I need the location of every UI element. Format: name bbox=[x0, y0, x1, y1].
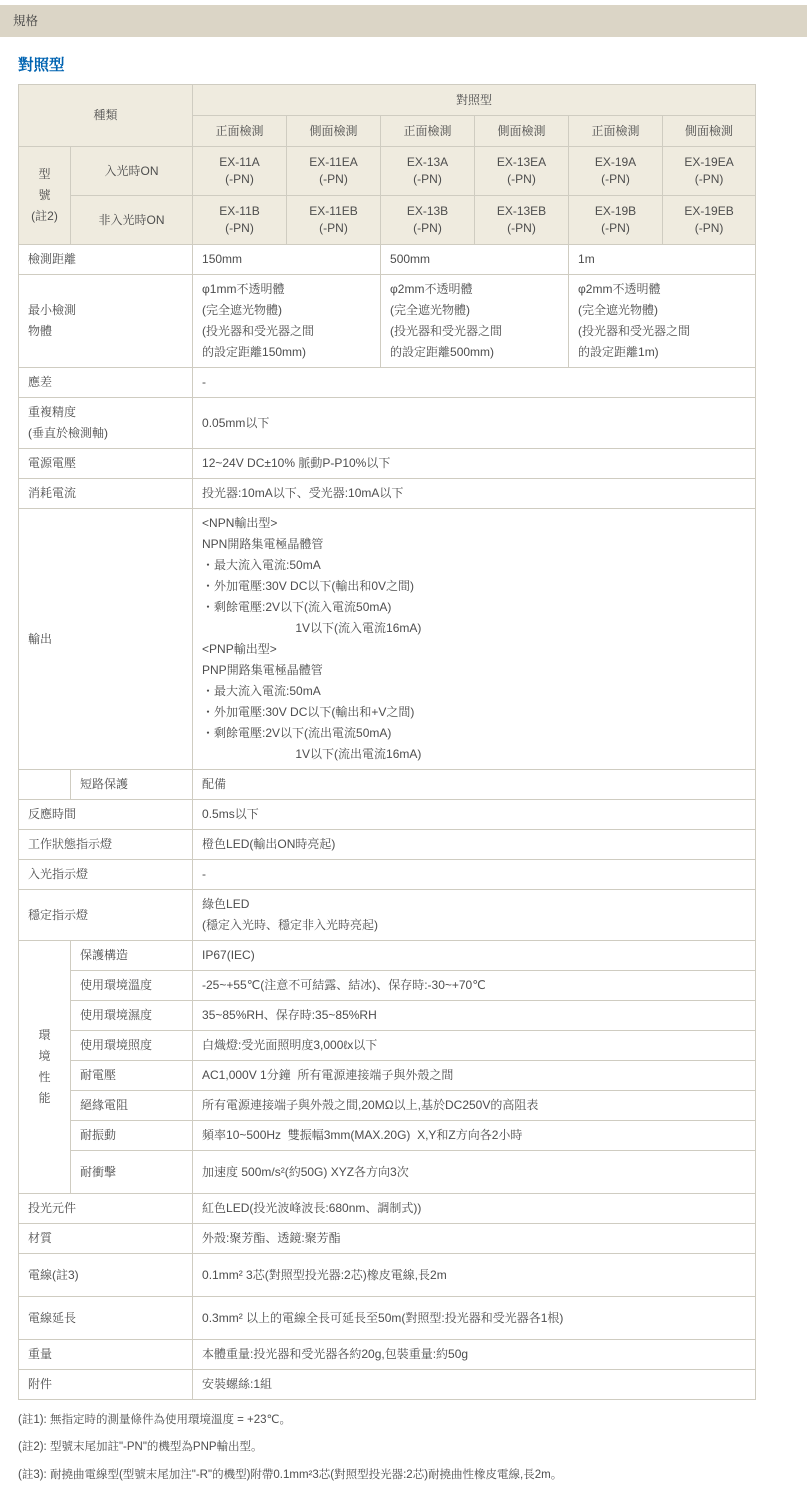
model-number: EX-19A bbox=[578, 154, 653, 171]
model-row-light-on: 型 號 (註2) 入光時ON EX-11A(-PN) EX-11EA(-PN) … bbox=[19, 147, 756, 196]
spec-row-env-temperature: 使用環境溫度 -25~+55℃(注意不可結露、結冰)、保存時:-30~+70℃ bbox=[19, 971, 756, 1001]
header-detect-cell: 正面檢測 bbox=[193, 116, 287, 147]
spec-label-response-time: 反應時間 bbox=[19, 800, 193, 830]
spec-label-cable-extension: 電線延長 bbox=[19, 1297, 193, 1340]
spec-label-protection: 保護構造 bbox=[71, 941, 193, 971]
spec-label-output: 輸出 bbox=[19, 509, 193, 770]
spec-row-response-time: 反應時間 0.5ms以下 bbox=[19, 800, 756, 830]
spec-row-short-circuit: 短路保護 配備 bbox=[19, 770, 756, 800]
spec-label-sensing-range: 檢測距離 bbox=[19, 245, 193, 275]
header-detect-cell: 側面檢測 bbox=[475, 116, 569, 147]
spec-spacer-cell bbox=[19, 770, 71, 800]
model-condition-label: 非入光時ON bbox=[71, 196, 193, 245]
spec-row-emitting-element: 投光元件 紅色LED(投光波峰波長:680nm、調制式)) bbox=[19, 1194, 756, 1224]
model-row-dark-on: 非入光時ON EX-11B(-PN) EX-11EB(-PN) EX-13B(-… bbox=[19, 196, 756, 245]
spec-row-env-illuminance: 使用環境照度 白熾燈:受光面照明度3,000ℓx以下 bbox=[19, 1031, 756, 1061]
spec-row-env-protection: 環 境 性 能 保護構造 IP67(IEC) bbox=[19, 941, 756, 971]
spec-row-cable-extension: 電線延長 0.3mm² 以上的電線全長可延長至50m(對照型:投光器和受光器各1… bbox=[19, 1297, 756, 1340]
page-title: 對照型 bbox=[18, 53, 807, 75]
spec-label-repeatability: 重複精度 (垂直於檢測軸) bbox=[19, 398, 193, 449]
spec-row-accessory: 附件 安裝螺絲:1組 bbox=[19, 1370, 756, 1400]
spec-value-vibration-resistance: 頻率10~500Hz 雙振幅3mm(MAX.20G) X,Y和Z方向各2小時 bbox=[193, 1121, 756, 1151]
model-cell: EX-11EB(-PN) bbox=[287, 196, 381, 245]
spec-row-output: 輸出 <NPN輸出型> NPN開路集電極晶體管 ・最大流入電流:50mA ・外加… bbox=[19, 509, 756, 770]
spec-label-short-circuit: 短路保護 bbox=[71, 770, 193, 800]
header-row-group: 種類 對照型 bbox=[19, 85, 756, 116]
header-detect-cell: 正面檢測 bbox=[381, 116, 475, 147]
spec-row-env-shock: 耐衝擊 加速度 500m/s²(約50G) XYZ各方向3次 bbox=[19, 1151, 756, 1194]
spec-label-insulation-resistance: 絕緣電阻 bbox=[71, 1091, 193, 1121]
model-cell: EX-13EA(-PN) bbox=[475, 147, 569, 196]
spec-row-repeatability: 重複精度 (垂直於檢測軸) 0.05mm以下 bbox=[19, 398, 756, 449]
note-line: (註2): 型號末尾加註"-PN"的機型為PNP輸出型。 bbox=[18, 1439, 807, 1456]
model-cell: EX-19A(-PN) bbox=[569, 147, 663, 196]
spec-value-cable-extension: 0.3mm² 以上的電線全長可延長至50m(對照型:投光器和受光器各1根) bbox=[193, 1297, 756, 1340]
spec-row-cable: 電線(註3) 0.1mm² 3芯(對照型投光器:2芯)橡皮電線,長2m bbox=[19, 1254, 756, 1297]
model-cell: EX-19EA(-PN) bbox=[663, 147, 756, 196]
model-cell: EX-13B(-PN) bbox=[381, 196, 475, 245]
spec-label-hysteresis: 應差 bbox=[19, 368, 193, 398]
header-kind-cell: 種類 bbox=[19, 85, 193, 147]
model-cell: EX-13EB(-PN) bbox=[475, 196, 569, 245]
model-cell: EX-11A(-PN) bbox=[193, 147, 287, 196]
model-cell: EX-13A(-PN) bbox=[381, 147, 475, 196]
model-cell: EX-11EA(-PN) bbox=[287, 147, 381, 196]
spec-value-insulation-resistance: 所有電源連接端子與外殼之間,20MΩ以上,基於DC250V的高阻表 bbox=[193, 1091, 756, 1121]
model-number: EX-19B bbox=[578, 203, 653, 220]
spec-row-supply-voltage: 電源電壓 12~24V DC±10% 脈動P-P10%以下 bbox=[19, 449, 756, 479]
model-side-label: 型 號 (註2) bbox=[19, 147, 71, 245]
spec-row-env-vibration: 耐振動 頻率10~500Hz 雙振幅3mm(MAX.20G) X,Y和Z方向各2… bbox=[19, 1121, 756, 1151]
spec-row-env-humidity: 使用環境濕度 35~85%RH、保存時:35~85%RH bbox=[19, 1001, 756, 1031]
spec-value-voltage-withstand: AC1,000V 1分鐘 所有電源連接端子與外殼之間 bbox=[193, 1061, 756, 1091]
model-cell: EX-19EB(-PN) bbox=[663, 196, 756, 245]
model-suffix: (-PN) bbox=[390, 171, 465, 188]
spec-table: 種類 對照型 正面檢測 側面檢測 正面檢測 側面檢測 正面檢測 側面檢測 型 號… bbox=[18, 84, 756, 1400]
model-number: EX-13B bbox=[390, 203, 465, 220]
spec-value-accessory: 安裝螺絲:1組 bbox=[193, 1370, 756, 1400]
spec-value-supply-voltage: 12~24V DC±10% 脈動P-P10%以下 bbox=[193, 449, 756, 479]
spec-value-stability-indicator: 綠色LED (穩定入光時、穩定非入光時亮起) bbox=[193, 890, 756, 941]
spec-row-sensing-range: 檢測距離 150mm 500mm 1m bbox=[19, 245, 756, 275]
model-number: EX-19EB bbox=[672, 203, 746, 220]
spec-value-sensing-range: 150mm bbox=[193, 245, 381, 275]
note-line: (註3): 耐撓曲電線型(型號末尾加注"-R"的機型)附帶0.1mm²3芯(對照… bbox=[18, 1467, 807, 1484]
spec-value-shock-resistance: 加速度 500m/s²(約50G) XYZ各方向3次 bbox=[193, 1151, 756, 1194]
model-suffix: (-PN) bbox=[484, 220, 559, 237]
spec-value-min-object: φ1mm不透明體 (完全遮光物體) (投光器和受光器之間 的設定距離150mm) bbox=[193, 275, 381, 368]
header-detect-cell: 側面檢測 bbox=[663, 116, 756, 147]
spec-row-env-voltage-withstand: 耐電壓 AC1,000V 1分鐘 所有電源連接端子與外殼之間 bbox=[19, 1061, 756, 1091]
section-bar-label: 規格 bbox=[13, 14, 38, 28]
spec-value-min-object: φ2mm不透明體 (完全遮光物體) (投光器和受光器之間 的設定距離1m) bbox=[569, 275, 756, 368]
spec-row-operation-indicator: 工作狀態指示燈 橙色LED(輸出ON時亮起) bbox=[19, 830, 756, 860]
spec-label-material: 材質 bbox=[19, 1224, 193, 1254]
spec-value-output: <NPN輸出型> NPN開路集電極晶體管 ・最大流入電流:50mA ・外加電壓:… bbox=[193, 509, 756, 770]
spec-row-hysteresis: 應差 - bbox=[19, 368, 756, 398]
spec-value-operation-indicator: 橙色LED(輸出ON時亮起) bbox=[193, 830, 756, 860]
model-number: EX-11B bbox=[202, 203, 277, 220]
spec-group-label-environment: 環 境 性 能 bbox=[19, 941, 71, 1194]
spec-row-incident-indicator: 入光指示燈 - bbox=[19, 860, 756, 890]
model-suffix: (-PN) bbox=[202, 171, 277, 188]
spec-value-ambient-humidity: 35~85%RH、保存時:35~85%RH bbox=[193, 1001, 756, 1031]
spec-label-incident-indicator: 入光指示燈 bbox=[19, 860, 193, 890]
spec-value-repeatability: 0.05mm以下 bbox=[193, 398, 756, 449]
spec-label-weight: 重量 bbox=[19, 1340, 193, 1370]
footnotes: (註1): 無指定時的測量條件為使用環境溫度 = +23℃。 (註2): 型號末… bbox=[18, 1412, 807, 1484]
spec-value-short-circuit: 配備 bbox=[193, 770, 756, 800]
spec-label-vibration-resistance: 耐振動 bbox=[71, 1121, 193, 1151]
spec-value-incident-indicator: - bbox=[193, 860, 756, 890]
spec-label-min-object: 最小檢測 物體 bbox=[19, 275, 193, 368]
spec-value-ambient-illuminance: 白熾燈:受光面照明度3,000ℓx以下 bbox=[193, 1031, 756, 1061]
spec-label-operation-indicator: 工作狀態指示燈 bbox=[19, 830, 193, 860]
spec-value-current-consumption: 投光器:10mA以下、受光器:10mA以下 bbox=[193, 479, 756, 509]
spec-row-weight: 重量 本體重量:投光器和受光器各約20g,包裝重量:約50g bbox=[19, 1340, 756, 1370]
header-group-cell: 對照型 bbox=[193, 85, 756, 116]
spec-row-stability-indicator: 穩定指示燈 綠色LED (穩定入光時、穩定非入光時亮起) bbox=[19, 890, 756, 941]
spec-label-voltage-withstand: 耐電壓 bbox=[71, 1061, 193, 1091]
model-suffix: (-PN) bbox=[390, 220, 465, 237]
spec-label-cable: 電線(註3) bbox=[19, 1254, 193, 1297]
model-suffix: (-PN) bbox=[484, 171, 559, 188]
spec-value-response-time: 0.5ms以下 bbox=[193, 800, 756, 830]
model-number: EX-13EA bbox=[484, 154, 559, 171]
model-cell: EX-19B(-PN) bbox=[569, 196, 663, 245]
section-bar: 規格 bbox=[0, 5, 807, 37]
spec-label-current-consumption: 消耗電流 bbox=[19, 479, 193, 509]
model-suffix: (-PN) bbox=[202, 220, 277, 237]
model-suffix: (-PN) bbox=[296, 171, 371, 188]
spec-label-accessory: 附件 bbox=[19, 1370, 193, 1400]
note-line: (註1): 無指定時的測量條件為使用環境溫度 = +23℃。 bbox=[18, 1412, 807, 1429]
spec-value-material: 外殼:聚芳酯、透鏡:聚芳酯 bbox=[193, 1224, 756, 1254]
spec-value-sensing-range: 1m bbox=[569, 245, 756, 275]
spec-value-weight: 本體重量:投光器和受光器各約20g,包裝重量:約50g bbox=[193, 1340, 756, 1370]
model-number: EX-11EA bbox=[296, 154, 371, 171]
spec-label-stability-indicator: 穩定指示燈 bbox=[19, 890, 193, 941]
header-detect-cell: 側面檢測 bbox=[287, 116, 381, 147]
spec-row-min-object: 最小檢測 物體 φ1mm不透明體 (完全遮光物體) (投光器和受光器之間 的設定… bbox=[19, 275, 756, 368]
spec-value-min-object: φ2mm不透明體 (完全遮光物體) (投光器和受光器之間 的設定距離500mm) bbox=[381, 275, 569, 368]
spec-label-supply-voltage: 電源電壓 bbox=[19, 449, 193, 479]
model-condition-label: 入光時ON bbox=[71, 147, 193, 196]
spec-row-env-insulation: 絕緣電阻 所有電源連接端子與外殼之間,20MΩ以上,基於DC250V的高阻表 bbox=[19, 1091, 756, 1121]
spec-row-material: 材質 外殼:聚芳酯、透鏡:聚芳酯 bbox=[19, 1224, 756, 1254]
model-number: EX-11EB bbox=[296, 203, 371, 220]
model-cell: EX-11B(-PN) bbox=[193, 196, 287, 245]
model-suffix: (-PN) bbox=[578, 220, 653, 237]
model-number: EX-13A bbox=[390, 154, 465, 171]
spec-label-shock-resistance: 耐衝擊 bbox=[71, 1151, 193, 1194]
model-suffix: (-PN) bbox=[296, 220, 371, 237]
model-number: EX-13EB bbox=[484, 203, 559, 220]
model-number: EX-19EA bbox=[672, 154, 746, 171]
header-detect-cell: 正面檢測 bbox=[569, 116, 663, 147]
spec-value-ambient-temperature: -25~+55℃(注意不可結露、結冰)、保存時:-30~+70℃ bbox=[193, 971, 756, 1001]
spec-label-ambient-humidity: 使用環境濕度 bbox=[71, 1001, 193, 1031]
model-suffix: (-PN) bbox=[672, 171, 746, 188]
spec-value-cable: 0.1mm² 3芯(對照型投光器:2芯)橡皮電線,長2m bbox=[193, 1254, 756, 1297]
model-suffix: (-PN) bbox=[672, 220, 746, 237]
model-number: EX-11A bbox=[202, 154, 277, 171]
spec-label-emitting-element: 投光元件 bbox=[19, 1194, 193, 1224]
spec-label-ambient-temperature: 使用環境溫度 bbox=[71, 971, 193, 1001]
spec-label-ambient-illuminance: 使用環境照度 bbox=[71, 1031, 193, 1061]
spec-value-hysteresis: - bbox=[193, 368, 756, 398]
model-suffix: (-PN) bbox=[578, 171, 653, 188]
spec-value-sensing-range: 500mm bbox=[381, 245, 569, 275]
spec-value-protection: IP67(IEC) bbox=[193, 941, 756, 971]
spec-row-current-consumption: 消耗電流 投光器:10mA以下、受光器:10mA以下 bbox=[19, 479, 756, 509]
spec-value-emitting-element: 紅色LED(投光波峰波長:680nm、調制式)) bbox=[193, 1194, 756, 1224]
